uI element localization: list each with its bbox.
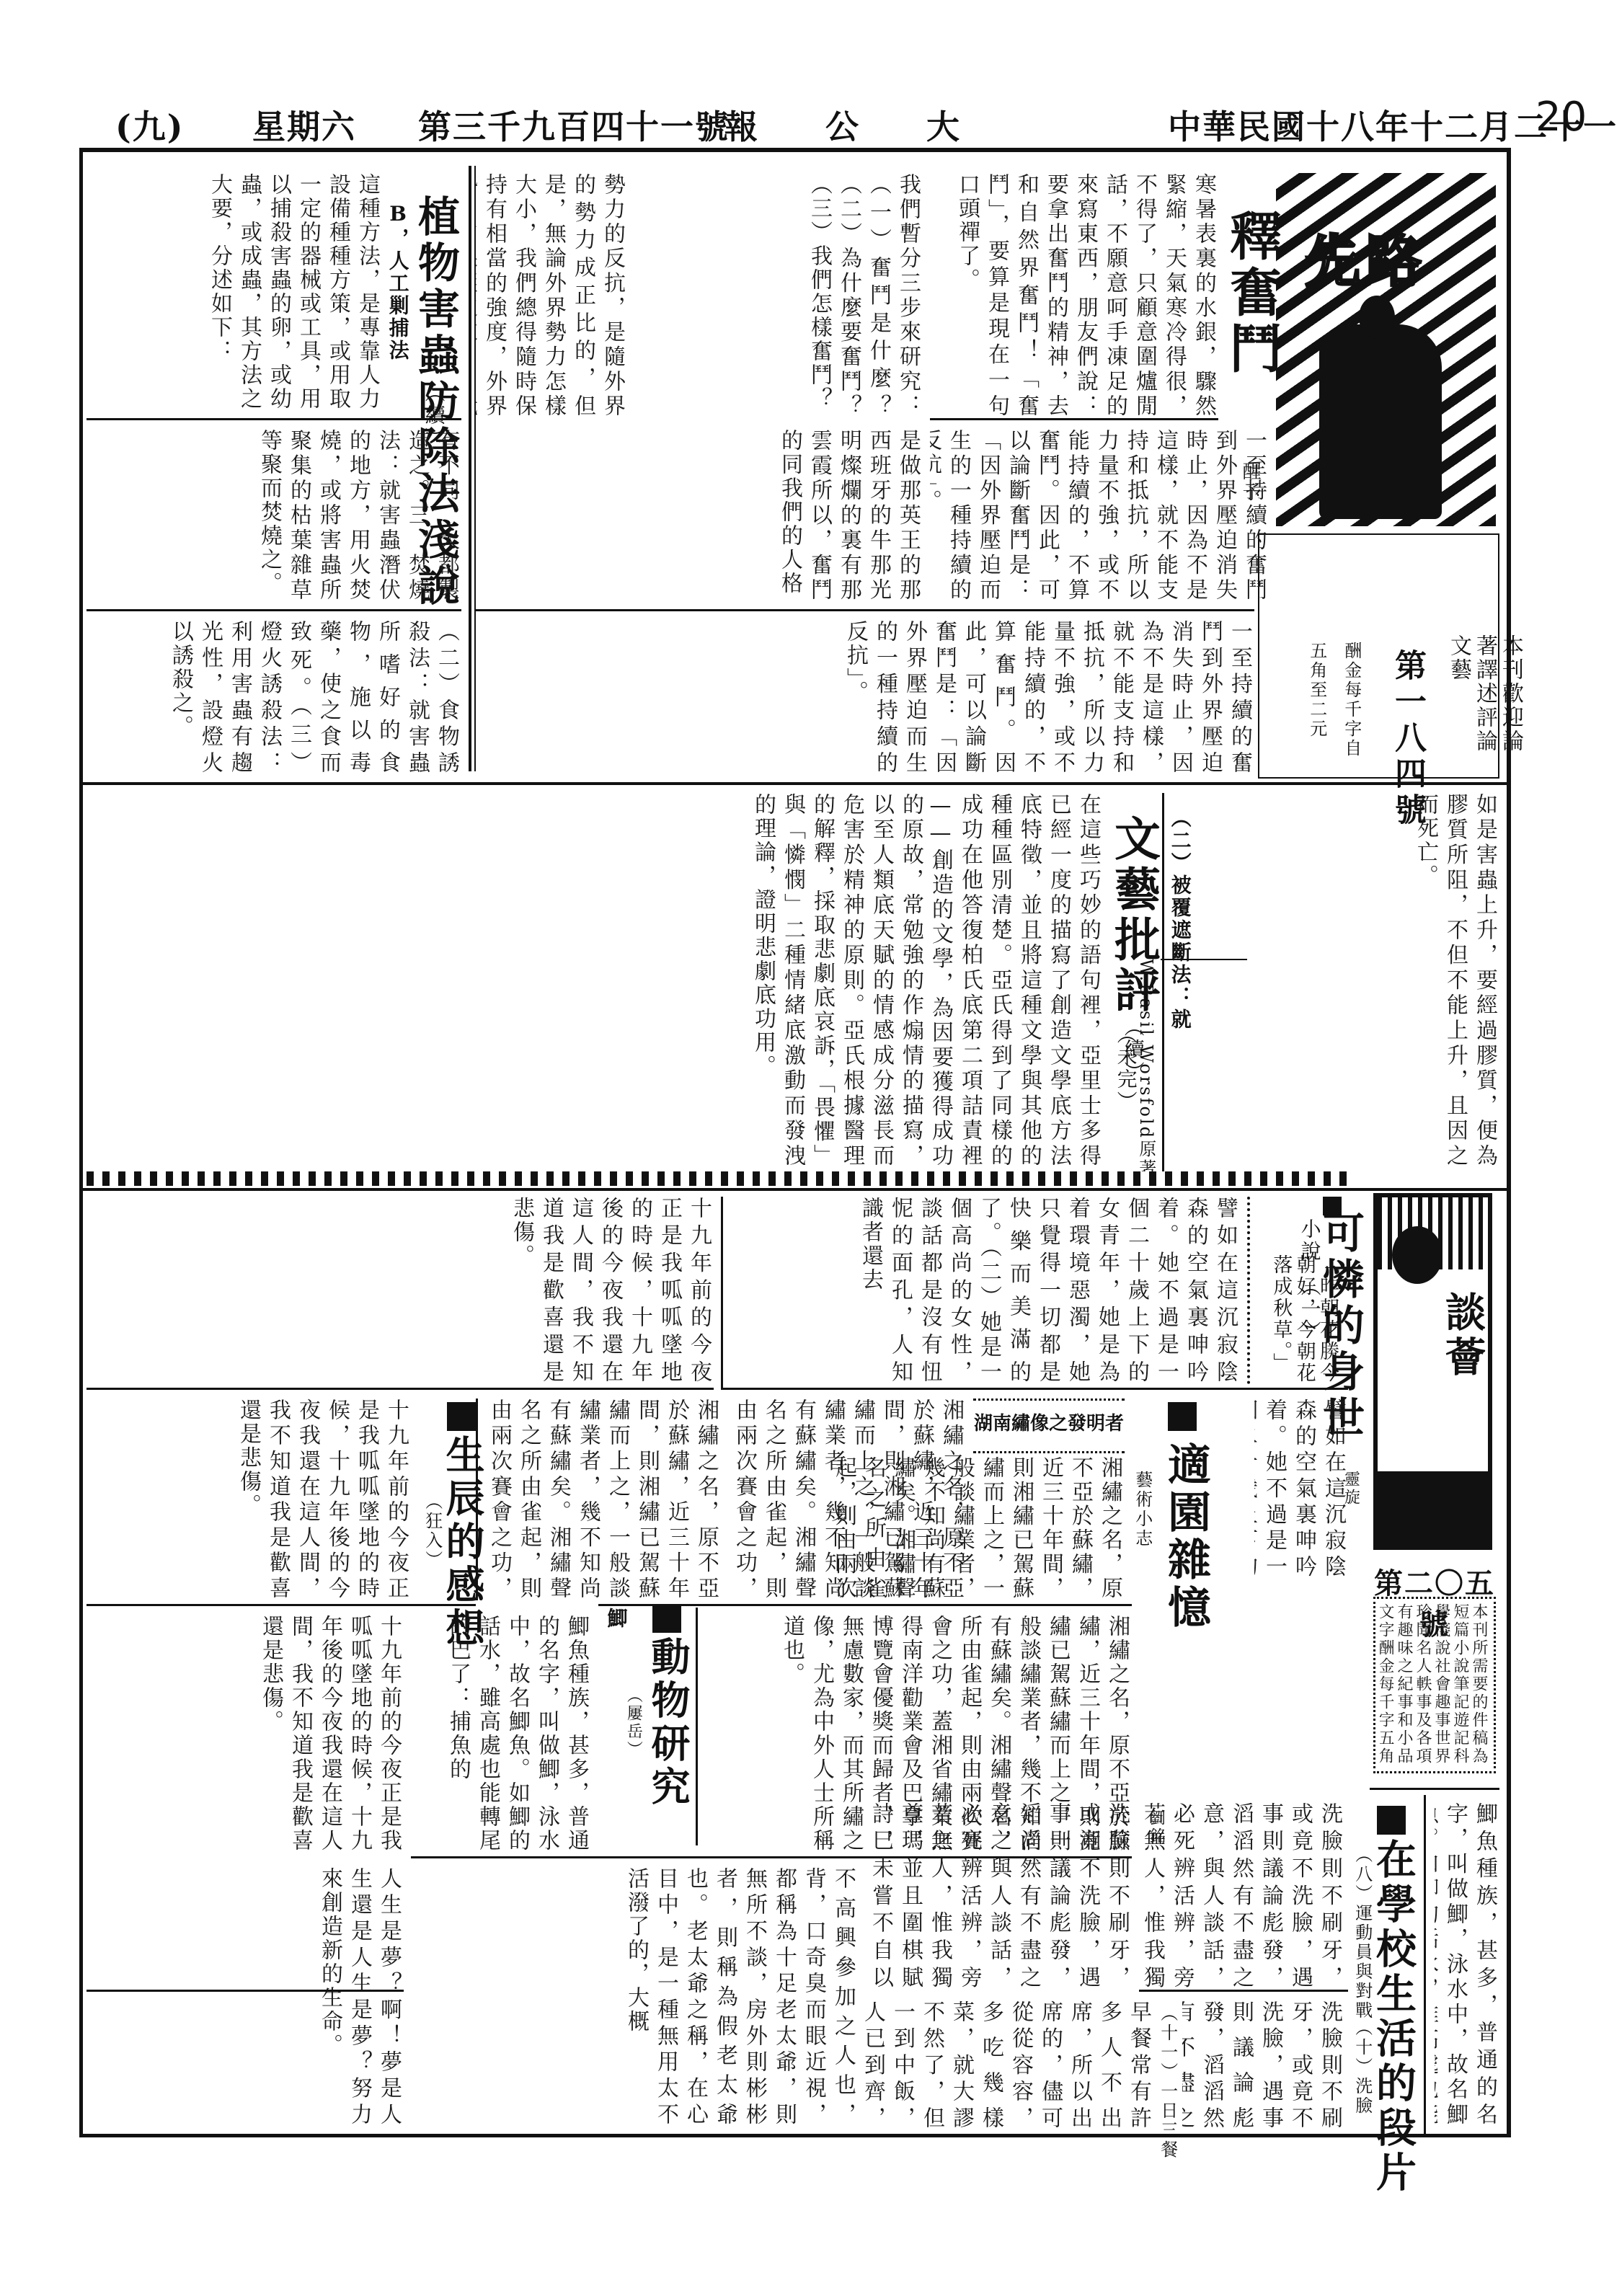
- banner-title: 談薈: [1442, 1291, 1483, 1380]
- fendou-intro: 寒暑表裏的水銀，驟然緊縮，天氣寒冷得很，不得了，只顧意圍爐閒話，不願意呵手凍足的…: [930, 173, 1218, 418]
- school-sub-8: （八）運動員與對戰: [1352, 1845, 1373, 2021]
- issue-number: 第三千九百四十一號: [418, 101, 730, 149]
- animal-body-continued: 鯽魚種族，甚多，普通的名字，叫做鯽，泳水中，故名鯽魚。如鯽的話水，雖高處也能轉尾…: [1435, 1802, 1499, 2127]
- weekday: 星期六: [252, 101, 356, 149]
- fendou-body-continued: 一至持續的奮鬥到外界壓迫消失時止，因為不是這樣，就不能支持和抵抗，所以力量不強，…: [476, 620, 1254, 775]
- tanhui-call-for-papers: 本刊所需要的件稿為短篇小說筆記遊記科學淺說社會趣事世界珍聞名人軼事及各項有趣味之…: [1380, 1603, 1488, 1765]
- section-marker-icon: [1377, 1806, 1406, 1835]
- paper-name-char-3: 報: [724, 101, 759, 149]
- left-frame: [79, 148, 83, 2137]
- payment-line-1: 酬金每千字自: [1341, 642, 1362, 764]
- section-marker-icon: [652, 1604, 681, 1633]
- birthday-body: 十九年前的今夜正是我呱呱墜地的時候，十九年後的今夜我還在這人間，我不知道我是歡喜…: [87, 1399, 411, 1600]
- article-title-school: 在學校生活的段片: [1373, 1838, 1414, 2196]
- school-body-10: 洗臉則不刷牙，或竟不洗臉，遇事則議論彪發，滔滔然有不盡之意，與人談話，必死辨活辨…: [1182, 2000, 1344, 2130]
- school-sub-10: （十）洗臉: [1352, 2018, 1373, 2116]
- masthead-rule: [79, 148, 1507, 152]
- paper-name-char-2: 公: [825, 101, 860, 149]
- figure-body-icon: [1378, 1471, 1488, 1550]
- scan-page-number: 20: [1535, 94, 1587, 141]
- divider: [476, 609, 1254, 611]
- bottom-frame: [79, 2134, 1511, 2137]
- pest-subhead: B，人工剿捕法: [386, 202, 410, 362]
- column-divider: [696, 1608, 698, 1845]
- tanhui-info-box: 本刊所需要的件稿為短篇小說筆記遊記科學淺說社會趣事世界珍聞名人軼事及各項有趣味之…: [1373, 1597, 1496, 1773]
- divider: [87, 418, 461, 420]
- horseman-icon: [1319, 324, 1442, 519]
- xianlu-banner-woodcut: 先路: [1276, 173, 1496, 526]
- article-title-fendou: 釋奮鬥: [1226, 209, 1277, 378]
- call-for-papers: 本刊歡迎論著譯述評論文藝: [1445, 634, 1523, 771]
- divider: [87, 1388, 714, 1390]
- shiyuan-box-title: 湖南繡像之發明者: [973, 1399, 1125, 1453]
- pest-body-1: 這種方法，是專靠人力設備種種方策，或用取一定的器械或工具，用以捕殺害蟲的卵，或幼…: [87, 173, 382, 411]
- section-rule: [79, 782, 1511, 785]
- school-body-other: 洗臉則不刷牙，或竟不洗臉，遇事則議論彪發，滔滔然有不盡之意，與人談話，必死辨活辨…: [865, 1802, 1132, 1990]
- rider-head-icon: [1359, 296, 1395, 339]
- page-number: (九): [115, 101, 185, 149]
- column-divider: [476, 1399, 478, 1600]
- section-marker-icon: [1168, 1402, 1197, 1431]
- birthday-author: （狂入）: [422, 1492, 443, 1570]
- figure-head-icon: [1392, 1226, 1442, 1284]
- old-master-body: 不高興參加之人也，背，口奇臭而眼近視，都稱為十足老太爺，則無所不談，房外則彬彬者…: [411, 1867, 858, 2127]
- banner-title: 先路: [1305, 216, 1426, 297]
- animal-sub-section: 鯽: [604, 1608, 629, 1630]
- pest-cont-subhead: （二）被覆遮斷法：就: [1168, 807, 1192, 1031]
- dream-body: 人生是夢？啊！夢是人生還是人生是夢？努力來創造新的生命。: [87, 1867, 404, 2127]
- section-rule: [79, 1188, 1511, 1191]
- section-marker-icon: [447, 1402, 476, 1431]
- column-divider: [1162, 793, 1164, 1182]
- school-body-8: 洗臉則不刷牙，或竟不洗臉，遇事則議論彪發，滔滔然有不盡之意，與人談話，必死辨活辨…: [1139, 1802, 1344, 1990]
- tanhui-banner-woodcut: 談薈: [1373, 1193, 1492, 1550]
- criticism-original-author: W.Basil Worsfold原著: [1135, 959, 1156, 1179]
- lower-left-body: 十九年前的今夜正是我呱呱墜地的時候，十九年後的今夜我還在這人間，我不知道我是歡喜…: [87, 1197, 714, 1384]
- divider: [721, 1388, 1348, 1390]
- fendou-body-1: 一至持續的奮鬥到外界壓迫消失時止，因為不是這樣，就不能支持和抵抗，所以力量不強，…: [930, 429, 1269, 602]
- shiyuan-body-2: 湘繡之名，原不亞於蘇繡，近三十年間，則湘繡已駕蘇繡而上之，一般談繡業者，幾不知尚…: [728, 1399, 966, 1600]
- shiyuan-body-4: 湘繡之名，原不亞於蘇繡，近三十年間，則湘繡已駕蘇繡而上之，一般談繡業者，幾不知尚…: [483, 1399, 721, 1600]
- birthday-body-2: 十九年前的今夜正是我呱呱墜地的時候，十九年後的今夜我還在這人間，我不知道我是歡喜…: [87, 1615, 404, 1853]
- fendou-body-2: 我們暫分三步來研究：（一）奮鬥是什麼？（二）為什麼要奮鬥？（三）我們怎樣奮鬥？: [634, 173, 923, 418]
- right-frame: [1507, 148, 1511, 2137]
- payment-line-2: 五角至二元: [1306, 642, 1327, 764]
- divider: [87, 1604, 476, 1606]
- school-sub-11: （十一）一日三餐: [1157, 2004, 1178, 2160]
- divider: [87, 1990, 404, 1992]
- paper-name-char-1: 大: [926, 101, 961, 149]
- fendou-body-4: 是做那英王的那西班牙的牛那光明燦爛的裏有那雲霞所以，奮鬥的同我們的人格: [476, 429, 923, 602]
- divider: [1370, 1788, 1499, 1790]
- column-divider: [1424, 1795, 1426, 2134]
- article-title-shiyuan: 適園雜憶: [1164, 1442, 1207, 1632]
- animal-body: 鯽魚種族，甚多，普通的名字，叫做鯽，泳水中，故名鯽魚。如鯽的話水，雖高處也能轉尾…: [411, 1615, 591, 1853]
- divider: [1139, 1990, 1348, 1992]
- pitiful-body: 譬如在這沉寂陰森的空氣裏呻吟着。她不過是一個二十歲上下的女青年，她是為着環境惡濁…: [721, 1197, 1240, 1384]
- dotted-divider: [1247, 1197, 1250, 1384]
- masthead: (九) 星期六 第三千九百四十一號 報 公 大 中華民國十八年十二月二十一日: [115, 101, 1514, 144]
- shiyuan-sub-section: 藝術小志: [1132, 1471, 1153, 1548]
- pest-body-2: 有不同，大都製造之。三，焚燒法：就害蟲潛伏的地方，用火焚燒，或將害蟲所聚集的枯葉…: [87, 429, 461, 602]
- criticism-body: 在這些巧妙的語句裡，亞里士多得已經一度的描寫了創造文學底方法底特徵，並且將這種文…: [87, 793, 1103, 1168]
- fendou-body-3: 勢力的反抗，是隨外界的勢力成正比的，但是，無論外界勢力怎樣大小，我們總得隨時保持…: [476, 173, 627, 418]
- pest-body-3: （二）食物誘殺法：就害蟲所嗜好的食物，施以毒藥，使之食而致死。（三）燈火誘殺法：…: [87, 620, 461, 775]
- animal-author: （屢岳）: [624, 1687, 642, 1759]
- article-title-animal: 動物研究: [649, 1636, 688, 1809]
- double-rule: [469, 166, 471, 771]
- pitiful-body-continued: 譬如在這沉寂陰森的空氣裏呻吟着。她不過是一個二十歲上下的女青年，她是為着環境惡濁…: [1254, 1399, 1348, 1579]
- divider: [1161, 959, 1247, 960]
- column-divider: [721, 1197, 723, 1388]
- divider: [930, 418, 1218, 420]
- pitiful-epigraph: 「昨朝花勝今朝好，今朝花落成秋草。」: [1269, 1254, 1339, 1384]
- divider: [87, 609, 461, 611]
- ornamental-border: [87, 1171, 1348, 1186]
- section-marker-icon: [1323, 1197, 1342, 1215]
- school-body-11: 早餐常有許多人不出席，所以出席的，儘可從從容容，多吃幾樣菜，就大謬不然了，但一到…: [865, 2000, 1153, 2130]
